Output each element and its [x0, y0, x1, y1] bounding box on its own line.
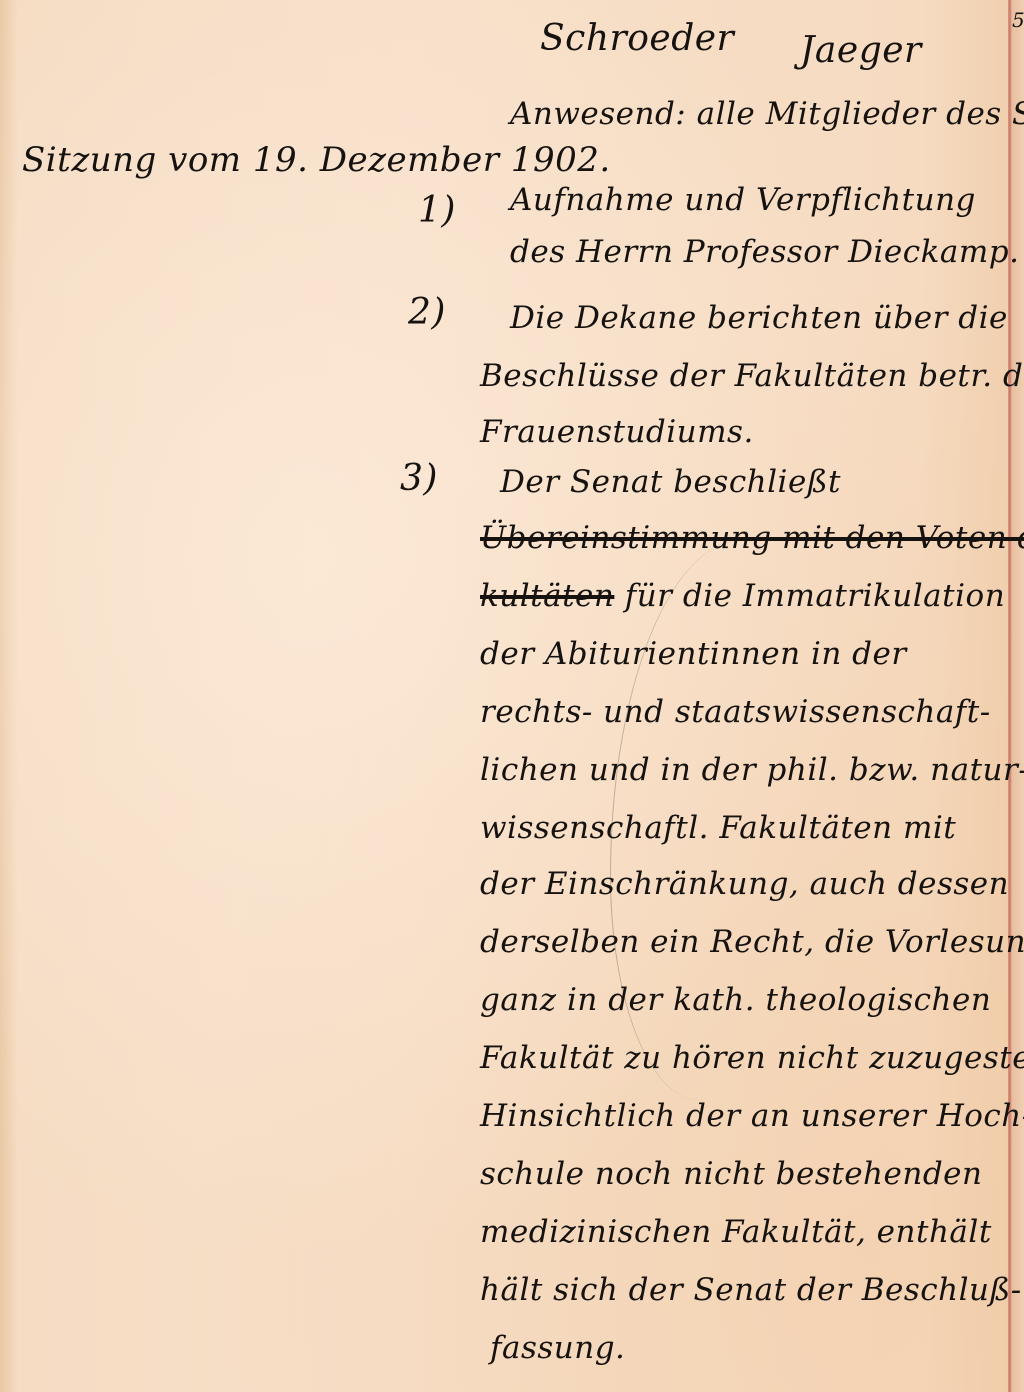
item-number-2: 2)	[408, 292, 446, 333]
item-2-line: Frauenstudiums.	[480, 414, 754, 450]
struck-text: Übereinstimmung mit den Voten der 3 Fa-	[480, 520, 1024, 556]
item-1-line: des Herrn Professor Dieckamp.	[510, 234, 1019, 270]
item-3-line: lichen und in der phil. bzw. natur-	[480, 752, 1024, 788]
struck-text: kultäten	[480, 578, 614, 614]
item-3-line: Der Senat beschließt	[500, 464, 841, 500]
page-binding-edge	[1008, 0, 1024, 1392]
item-3-line: der Einschränkung, auch dessen	[480, 866, 1009, 902]
item-3-line: derselben ein Recht, die Vorlesungen	[480, 924, 1024, 960]
item-2-line: Die Dekane berichten über die	[510, 300, 1008, 336]
item-3-line: der Abiturientinnen in der	[480, 636, 907, 672]
header-name-right: Jaeger	[800, 30, 922, 71]
item-3-line: Hinsichtlich der an unserer Hoch-	[480, 1098, 1024, 1134]
item-3-line: wissenschaftl. Fakultäten mit	[480, 810, 956, 846]
item-3-line: kultäten für die Immatrikulation	[480, 578, 1005, 614]
item-3-line: medizinischen Fakultät, enthält	[480, 1214, 992, 1250]
item-3-line: hält sich der Senat der Beschluß-	[480, 1272, 1022, 1308]
item-3-line: rechts- und staatswissenschaft-	[480, 694, 991, 730]
item-3-line: fassung.	[490, 1330, 625, 1366]
item-1-line: Aufnahme und Verpflichtung	[510, 182, 976, 218]
item-3-line: Fakultät zu hören nicht zuzugestehen.	[480, 1040, 1024, 1076]
session-heading: Sitzung vom 19. Dezember 1902.	[22, 140, 611, 180]
item-number-3: 3)	[400, 458, 438, 499]
item-number-1: 1)	[418, 190, 456, 231]
attendance-line: Anwesend: alle Mitglieder des Senats.	[510, 96, 1024, 132]
item-3-line: ganz in der kath. theologischen	[480, 982, 991, 1018]
item-2-line: Beschlüsse der Fakultäten betr. des	[480, 358, 1024, 394]
item-3-line: schule noch nicht bestehenden	[480, 1156, 982, 1192]
document-page: Schroeder Jaeger 5 Sitzung vom 19. Dezem…	[0, 0, 1024, 1392]
continuation-text: für die Immatrikulation	[625, 578, 1005, 614]
header-name-left: Schroeder	[540, 18, 734, 59]
margin-mark: 5	[1012, 8, 1024, 32]
